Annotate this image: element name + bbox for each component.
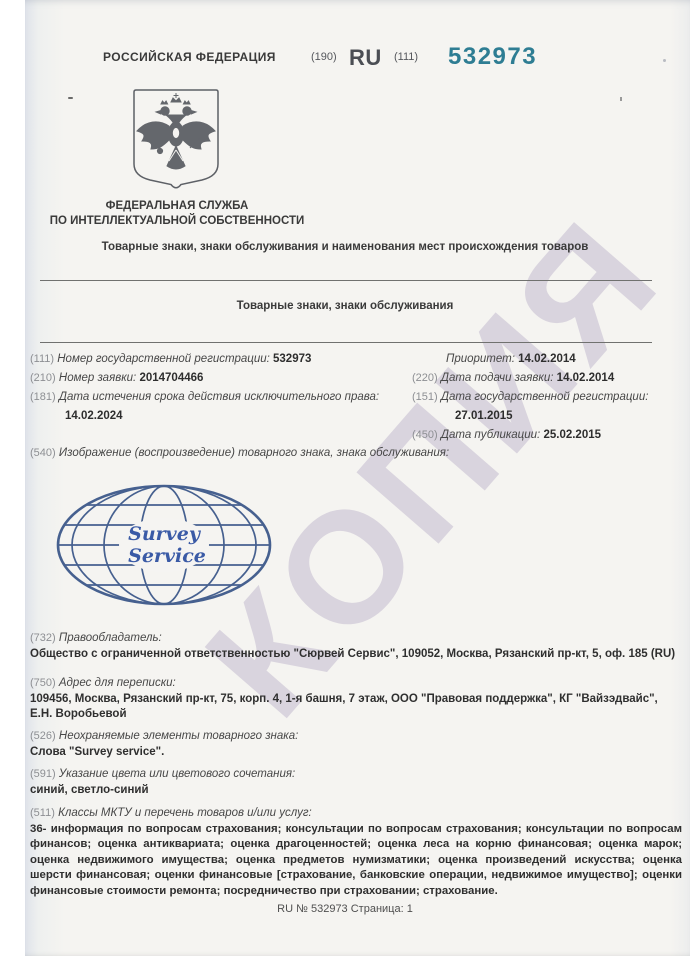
agency-name: ФЕДЕРАЛЬНАЯ СЛУЖБА ПО ИНТЕЛЛЕКТУАЛЬНОЙ С… <box>12 199 342 229</box>
field-row-220: (220) Дата подачи заявки: 14.02.2014 <box>412 369 684 388</box>
inid-code-111-header: (111) <box>394 51 418 63</box>
trademark-globe-logo: Survey Service <box>55 482 273 608</box>
field-block-591: (591) Указание цвета или цветового сочет… <box>30 767 682 798</box>
trademark-word-2: Service <box>128 545 206 567</box>
agency-line1: ФЕДЕРАЛЬНАЯ СЛУЖБА <box>12 199 342 214</box>
field-row-450: (450) Дата публикации: 25.02.2015 <box>412 426 684 445</box>
scanned-certificate-page: КОПИЯ РОССИЙСКАЯ ФЕДЕРАЦИЯ (190) RU (111… <box>0 0 690 956</box>
country-title: РОССИЙСКАЯ ФЕДЕРАЦИЯ <box>103 50 276 64</box>
field-block-732: (732) Правообладатель: Общество с ограни… <box>30 631 682 662</box>
field-row-210: (210) Номер заявки: 2014704466 <box>30 369 424 388</box>
country-code: RU <box>349 45 382 71</box>
agency-line2: ПО ИНТЕЛЛЕКТУАЛЬНОЙ СОБСТВЕННОСТИ <box>12 214 342 229</box>
double-headed-eagle-icon <box>137 93 215 169</box>
coat-of-arms-emblem <box>128 88 224 194</box>
fields-right-column: Приоритет: 14.02.2014 (220) Дата подачи … <box>412 350 684 445</box>
field-block-750: (750) Адрес для переписки: 109456, Москв… <box>30 676 682 723</box>
inid-code-190: (190) <box>311 51 337 63</box>
scan-artifact <box>68 97 73 99</box>
page-footer: RU № 532973 Страница: 1 <box>0 903 690 915</box>
field-row-111: (111) Номер государственной регистрации:… <box>30 350 424 369</box>
trademark-word-1: Survey <box>128 523 202 545</box>
section-title: Товарные знаки, знаки обслуживания <box>20 300 670 312</box>
document-type-title: Товарные знаки, знаки обслуживания и наи… <box>20 241 670 253</box>
scan-artifact <box>663 59 666 62</box>
field-row-540: (540) Изображение (воспроизведение) това… <box>30 447 449 459</box>
horizontal-rule <box>40 280 652 281</box>
field-row-181: (181) Дата истечения срока действия искл… <box>30 388 424 426</box>
fields-left-column: (111) Номер государственной регистрации:… <box>30 350 424 426</box>
field-row-151: (151) Дата государственной регистрации: … <box>412 388 684 426</box>
field-block-511: (511) Классы МКТУ и перечень товаров и/и… <box>30 806 682 899</box>
field-block-526: (526) Неохраняемые элементы товарного зн… <box>30 729 682 760</box>
field-row-priority: Приоритет: 14.02.2014 <box>446 350 684 369</box>
horizontal-rule <box>40 342 652 343</box>
registration-number: 532973 <box>448 43 537 71</box>
scan-artifact <box>620 97 622 101</box>
